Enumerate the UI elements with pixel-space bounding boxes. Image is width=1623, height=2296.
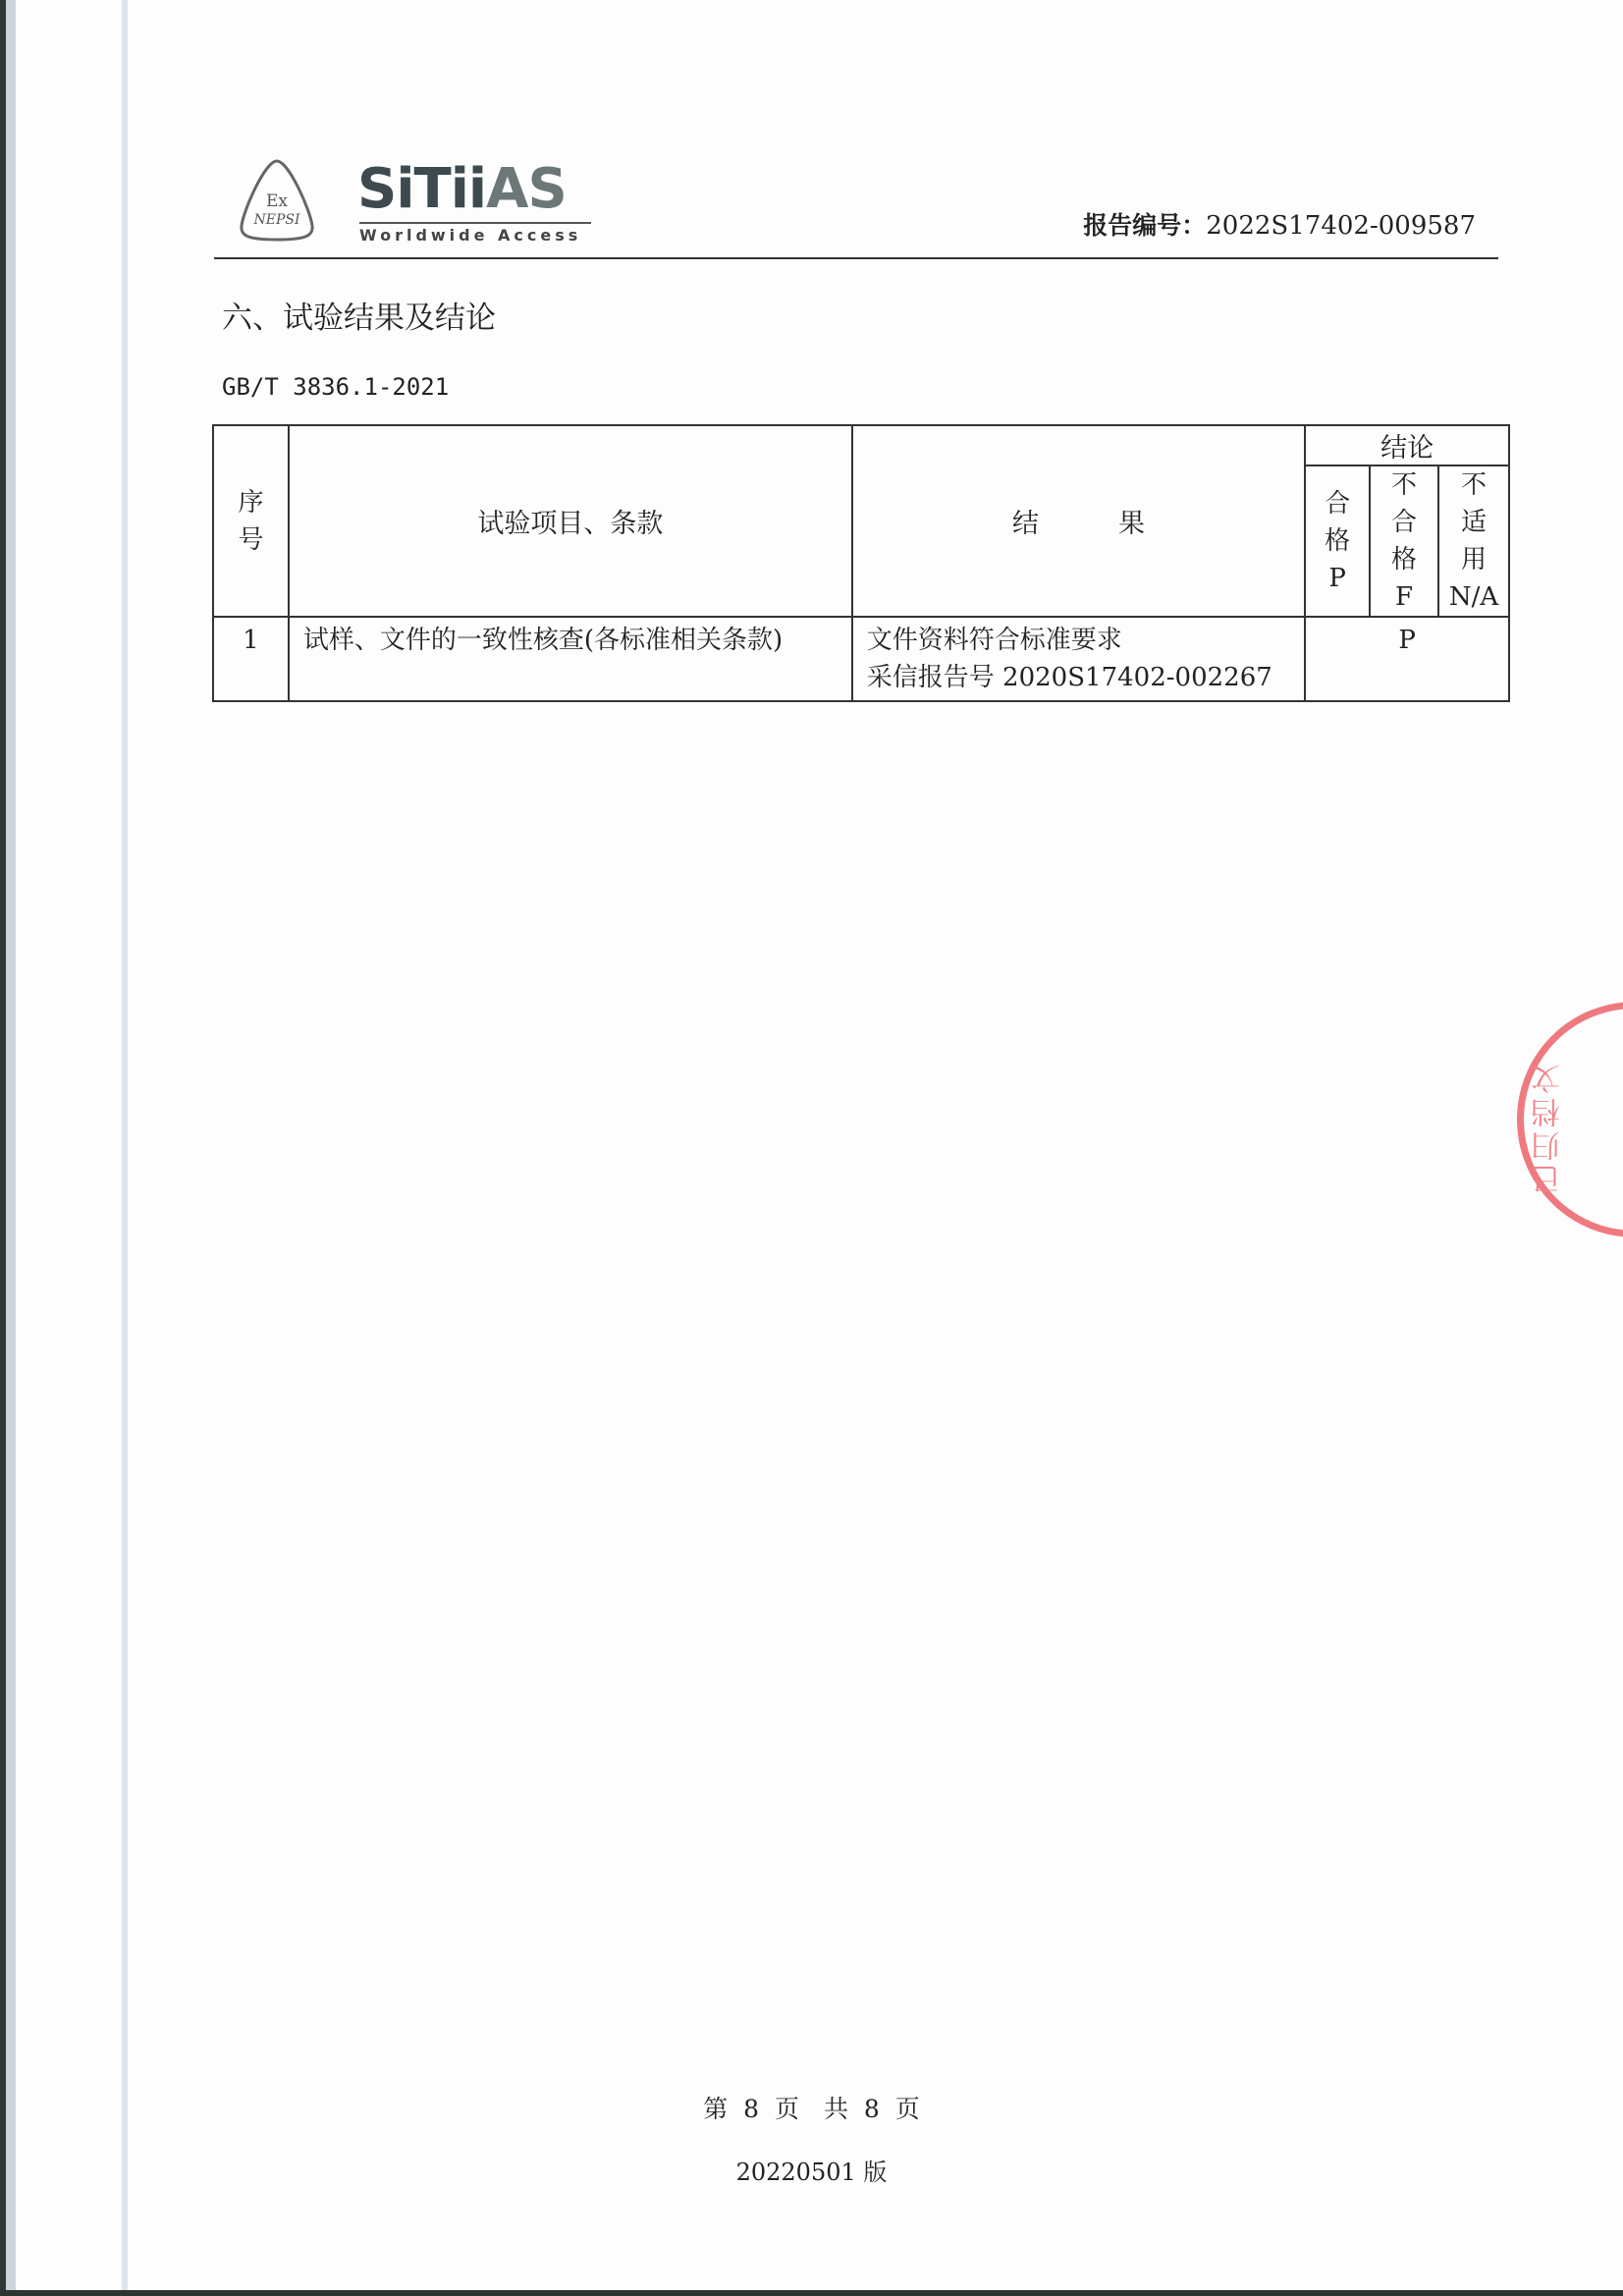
report-number: 报告编号：2022S17402-009587 — [1083, 206, 1476, 242]
brand-tagline: Worldwide Access — [359, 226, 581, 245]
scan-strip — [6, 0, 16, 2296]
header-divider — [214, 257, 1498, 259]
scan-border-bottom — [0, 2290, 1623, 2296]
header-conclusion: 结论 — [1305, 425, 1509, 465]
page-number: 第 8 页 共 8 页 — [0, 2090, 1623, 2125]
table-row: 1 试样、文件的一致性核查(各标准相关条款) 文件资料符合标准要求 采信报告号 … — [213, 617, 1509, 701]
company-logo: Ex NEPSI SiTiiAS Worldwide Access — [238, 157, 591, 246]
header-result: 结 果 — [852, 425, 1305, 617]
report-number-value: 2022S17402-009587 — [1206, 211, 1476, 241]
svg-text:Ex: Ex — [266, 191, 288, 211]
section-title: 六、试验结果及结论 — [222, 293, 496, 337]
header-fail: 不合格F — [1370, 465, 1438, 617]
svg-text:NEPSI: NEPSI — [252, 212, 299, 228]
row-seq: 1 — [213, 617, 289, 701]
header-test-item: 试验项目、条款 — [289, 425, 852, 617]
ex-nepsi-badge-icon: Ex NEPSI — [238, 157, 316, 244]
standard-reference: GB/T 3836.1-2021 — [222, 373, 449, 401]
brand-name: SiTiiAS — [357, 159, 567, 220]
header-not-applicable: 不适用N/A — [1438, 465, 1509, 617]
row-conclusion: P — [1305, 617, 1509, 701]
brand-main: SiTii — [357, 157, 486, 221]
brand-accent: AS — [486, 157, 567, 221]
header-seq: 序号 — [213, 425, 289, 617]
result-line: 文件资料符合标准要求 — [867, 622, 1290, 659]
results-table: 序号 试验项目、条款 结 果 结论 合格P 不合格F 不适用N/A 1 试样、文… — [212, 424, 1510, 702]
form-version: 20220501 版 — [0, 2153, 1623, 2187]
report-number-label: 报告编号： — [1083, 211, 1206, 240]
brand-rule — [359, 222, 591, 224]
page-fold-line — [122, 0, 128, 2296]
seal-text: 已归档文 — [1528, 1061, 1571, 1194]
header-pass: 合格P — [1305, 465, 1370, 617]
row-result: 文件资料符合标准要求 采信报告号 2020S17402-002267 — [852, 617, 1305, 701]
result-line: 采信报告号 2020S17402-002267 — [867, 659, 1290, 696]
row-test-item: 试样、文件的一致性核查(各标准相关条款) — [289, 617, 852, 701]
